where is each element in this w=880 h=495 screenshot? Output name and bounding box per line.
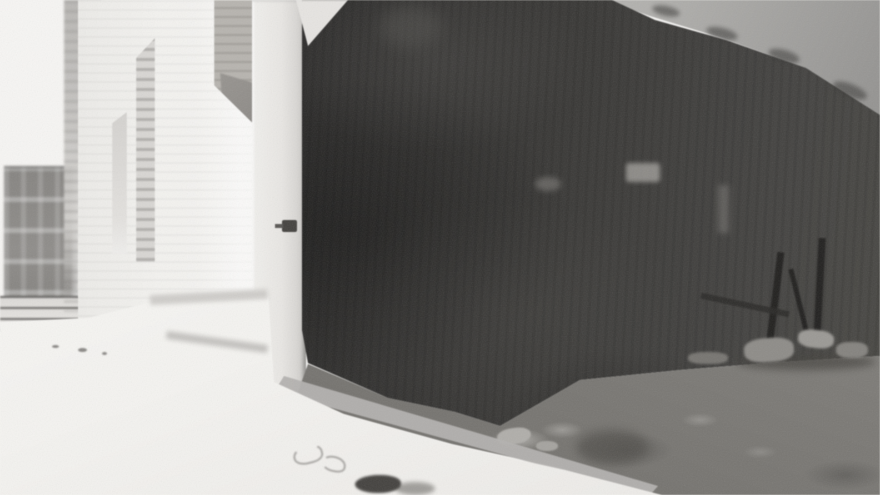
ground-speck bbox=[78, 348, 87, 352]
rubble-pile bbox=[688, 352, 728, 364]
scene bbox=[0, 0, 880, 495]
ground-speck bbox=[102, 352, 107, 355]
wall-smudge bbox=[380, 6, 442, 48]
sill-blob bbox=[355, 475, 401, 493]
floor-shadow bbox=[576, 430, 648, 464]
wall-streak bbox=[718, 185, 729, 233]
window-grate bbox=[136, 38, 155, 262]
wall-light-patch bbox=[535, 177, 561, 191]
ground-speck bbox=[52, 345, 59, 348]
door-hinge bbox=[282, 220, 297, 232]
wall-light-patch bbox=[626, 163, 660, 182]
rubble-pile bbox=[836, 342, 868, 358]
sill-blob-shadow bbox=[395, 482, 435, 495]
photograph bbox=[0, 0, 880, 495]
floor-debris bbox=[536, 441, 558, 451]
window-slit bbox=[112, 112, 127, 254]
